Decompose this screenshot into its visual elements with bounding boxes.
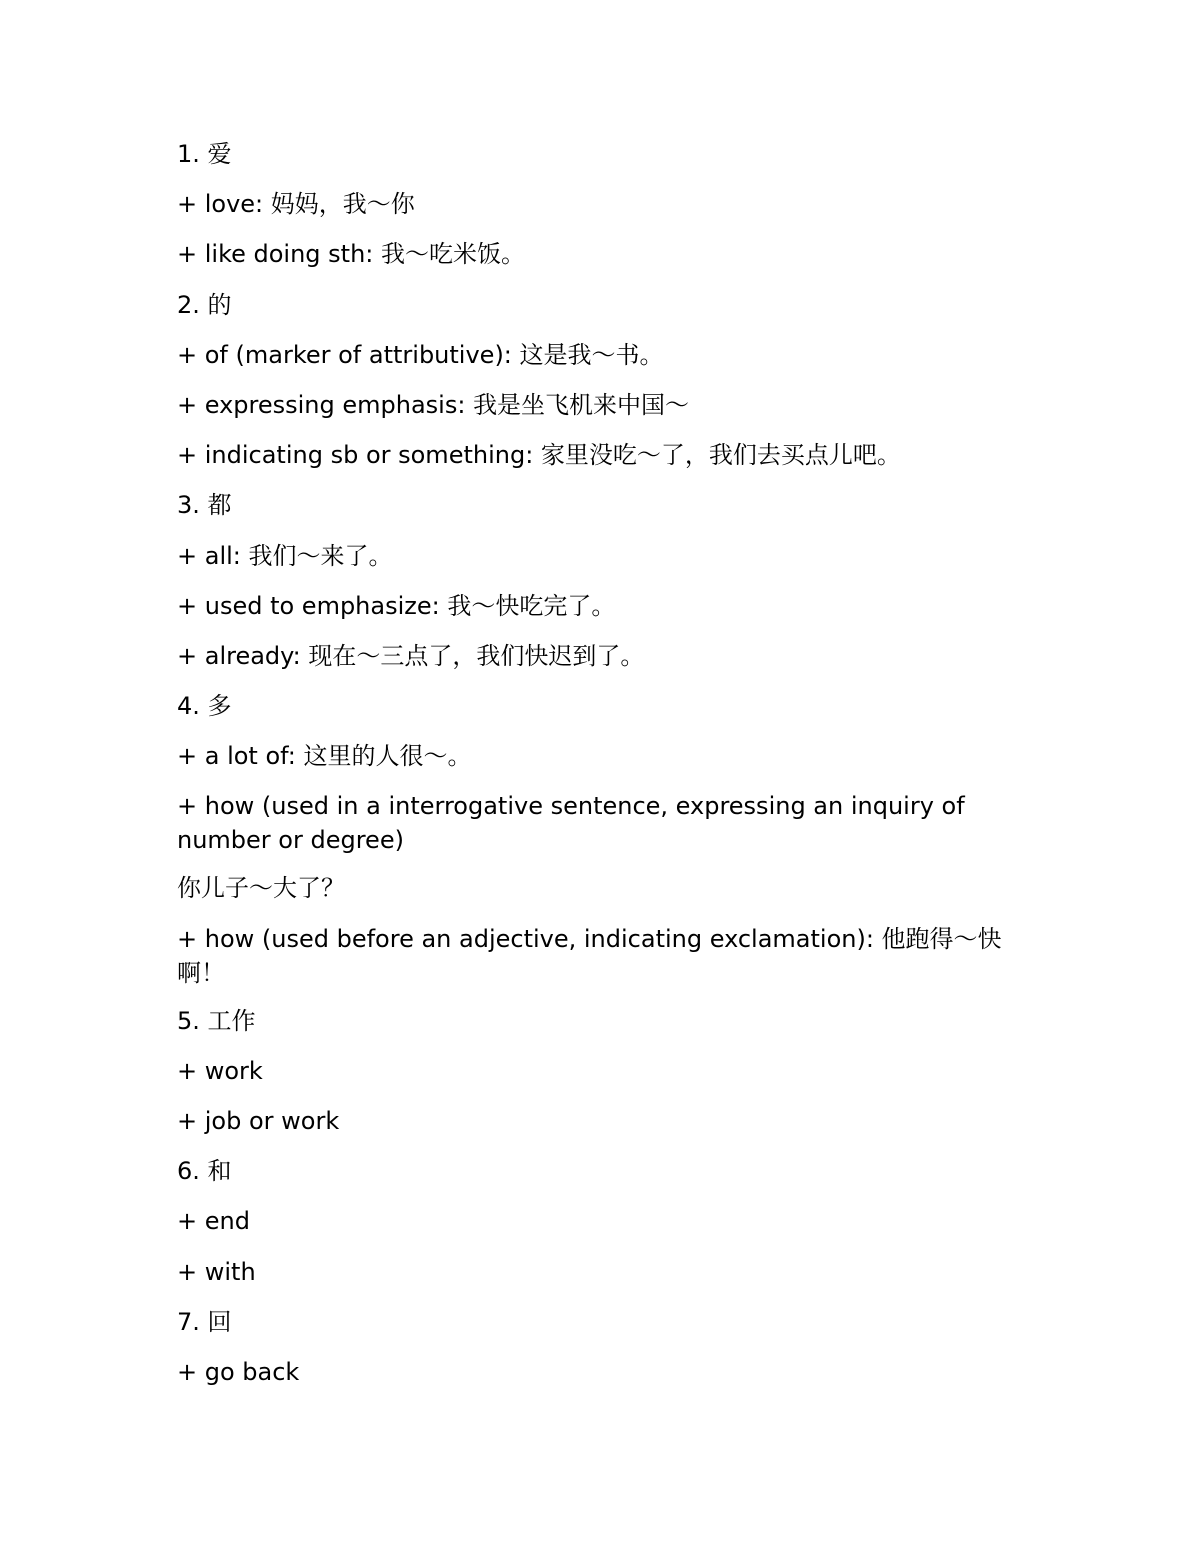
sense-item: + with (177, 1255, 1047, 1289)
example-sentence: 你儿子～大了？ (177, 871, 1047, 905)
sense-item: + of (marker of attributive): 这是我～书。 (177, 338, 1047, 372)
entry-heading: 7. 回 (177, 1305, 1047, 1339)
entry-heading: 2. 的 (177, 288, 1047, 322)
entry-heading: 5. 工作 (177, 1004, 1047, 1038)
entry-4: 4. 多 + a lot of: 这里的人很～。 + how (used in … (177, 689, 1047, 990)
sense-item: + indicating sb or something: 家里没吃～了，我们去… (177, 438, 1047, 472)
document-page: 1. 爱 + love: 妈妈，我～你 + like doing sth: 我～… (177, 137, 1047, 1405)
entry-3: 3. 都 + all: 我们～来了。 + used to emphasize: … (177, 488, 1047, 673)
sense-item: + how (used in a interrogative sentence,… (177, 789, 1047, 857)
sense-item: + how (used before an adjective, indicat… (177, 922, 1047, 990)
entry-2: 2. 的 + of (marker of attributive): 这是我～书… (177, 288, 1047, 473)
sense-item: + used to emphasize: 我～快吃完了。 (177, 589, 1047, 623)
sense-item: + a lot of: 这里的人很～。 (177, 739, 1047, 773)
sense-item: + expressing emphasis: 我是坐飞机来中国～ (177, 388, 1047, 422)
sense-item: + go back (177, 1355, 1047, 1389)
sense-item: + all: 我们～来了。 (177, 539, 1047, 573)
sense-item: + love: 妈妈，我～你 (177, 187, 1047, 221)
entry-heading: 1. 爱 (177, 137, 1047, 171)
sense-item: + work (177, 1054, 1047, 1088)
entry-6: 6. 和 + end + with (177, 1154, 1047, 1288)
sense-item: + end (177, 1204, 1047, 1238)
sense-item: + job or work (177, 1104, 1047, 1138)
entry-7: 7. 回 + go back (177, 1305, 1047, 1389)
entry-heading: 3. 都 (177, 488, 1047, 522)
sense-item: + like doing sth: 我～吃米饭。 (177, 237, 1047, 271)
entry-heading: 4. 多 (177, 689, 1047, 723)
entry-1: 1. 爱 + love: 妈妈，我～你 + like doing sth: 我～… (177, 137, 1047, 271)
sense-item: + already: 现在～三点了，我们快迟到了。 (177, 639, 1047, 673)
entry-heading: 6. 和 (177, 1154, 1047, 1188)
entry-5: 5. 工作 + work + job or work (177, 1004, 1047, 1138)
